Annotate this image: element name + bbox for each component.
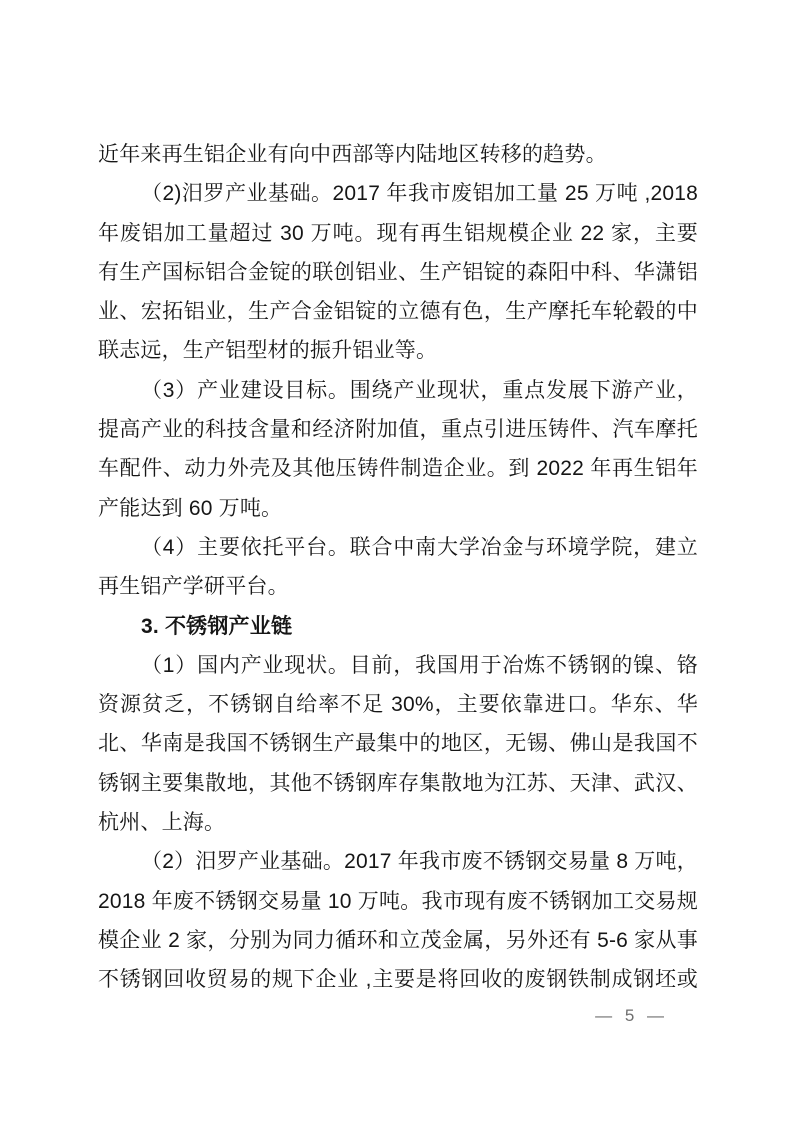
paragraph-line: 不锈钢回收贸易的规下企业 ,主要是将回收的废钢铁制成钢坯或 [98,960,698,999]
paragraph-line: 业、宏拓铝业，生产合金铝锭的立德有色，生产摩托车轮毂的中 [98,292,698,331]
paragraph-line: 车配件、动力外壳及其他压铸件制造企业。到 2022 年再生铝年 [98,449,698,488]
paragraph-line: 北、华南是我国不锈钢生产最集中的地区，无锡、佛山是我国不 [98,724,698,763]
paragraph-line: （3）产业建设目标。围绕产业现状，重点发展下游产业， [98,371,698,410]
paragraph-line: 有生产国标铝合金锭的联创铝业、生产铝锭的森阳中科、华潇铝 [98,253,698,292]
paragraph-line: 再生铝产学研平台。 [98,567,698,606]
paragraph-line: 提高产业的科技含量和经济附加值，重点引进压铸件、汽车摩托 [98,410,698,449]
paragraph-line: 联志远，生产铝型材的振升铝业等。 [98,331,698,370]
paragraph-line: 模企业 2 家，分别为同力循环和立茂金属，另外还有 5-6 家从事 [98,921,698,960]
paragraph-line: （4）主要依托平台。联合中南大学冶金与环境学院，建立 [98,528,698,567]
paragraph-line: 年废铝加工量超过 30 万吨。现有再生铝规模企业 22 家，主要 [98,214,698,253]
document-body: 近年来再生铝企业有向中西部等内陆地区转移的趋势。 （2)汨罗产业基础。2017 … [98,135,698,1000]
paragraph-line: 资源贫乏，不锈钢自给率不足 30%，主要依靠进口。华东、华 [98,685,698,724]
document-page: 近年来再生铝企业有向中西部等内陆地区转移的趋势。 （2)汨罗产业基础。2017 … [0,0,793,1122]
paragraph-line: 近年来再生铝企业有向中西部等内陆地区转移的趋势。 [98,135,698,174]
paragraph-line: 锈钢主要集散地，其他不锈钢库存集散地为江苏、天津、武汉、 [98,764,698,803]
paragraph-line: 2018 年废不锈钢交易量 10 万吨。我市现有废不锈钢加工交易规 [98,882,698,921]
paragraph-line: （2)汨罗产业基础。2017 年我市废铝加工量 25 万吨 ,2018 [98,174,698,213]
paragraph-line: （2）汨罗产业基础。2017 年我市废不锈钢交易量 8 万吨， [98,842,698,881]
paragraph-line: 产能达到 60 万吨。 [98,489,698,528]
section-heading-stainless-steel: 3. 不锈钢产业链 [98,607,698,646]
page-number: — 5 — [595,1006,665,1026]
paragraph-line: 杭州、上海。 [98,803,698,842]
paragraph-line: （1）国内产业现状。目前，我国用于冶炼不锈钢的镍、铬 [98,646,698,685]
